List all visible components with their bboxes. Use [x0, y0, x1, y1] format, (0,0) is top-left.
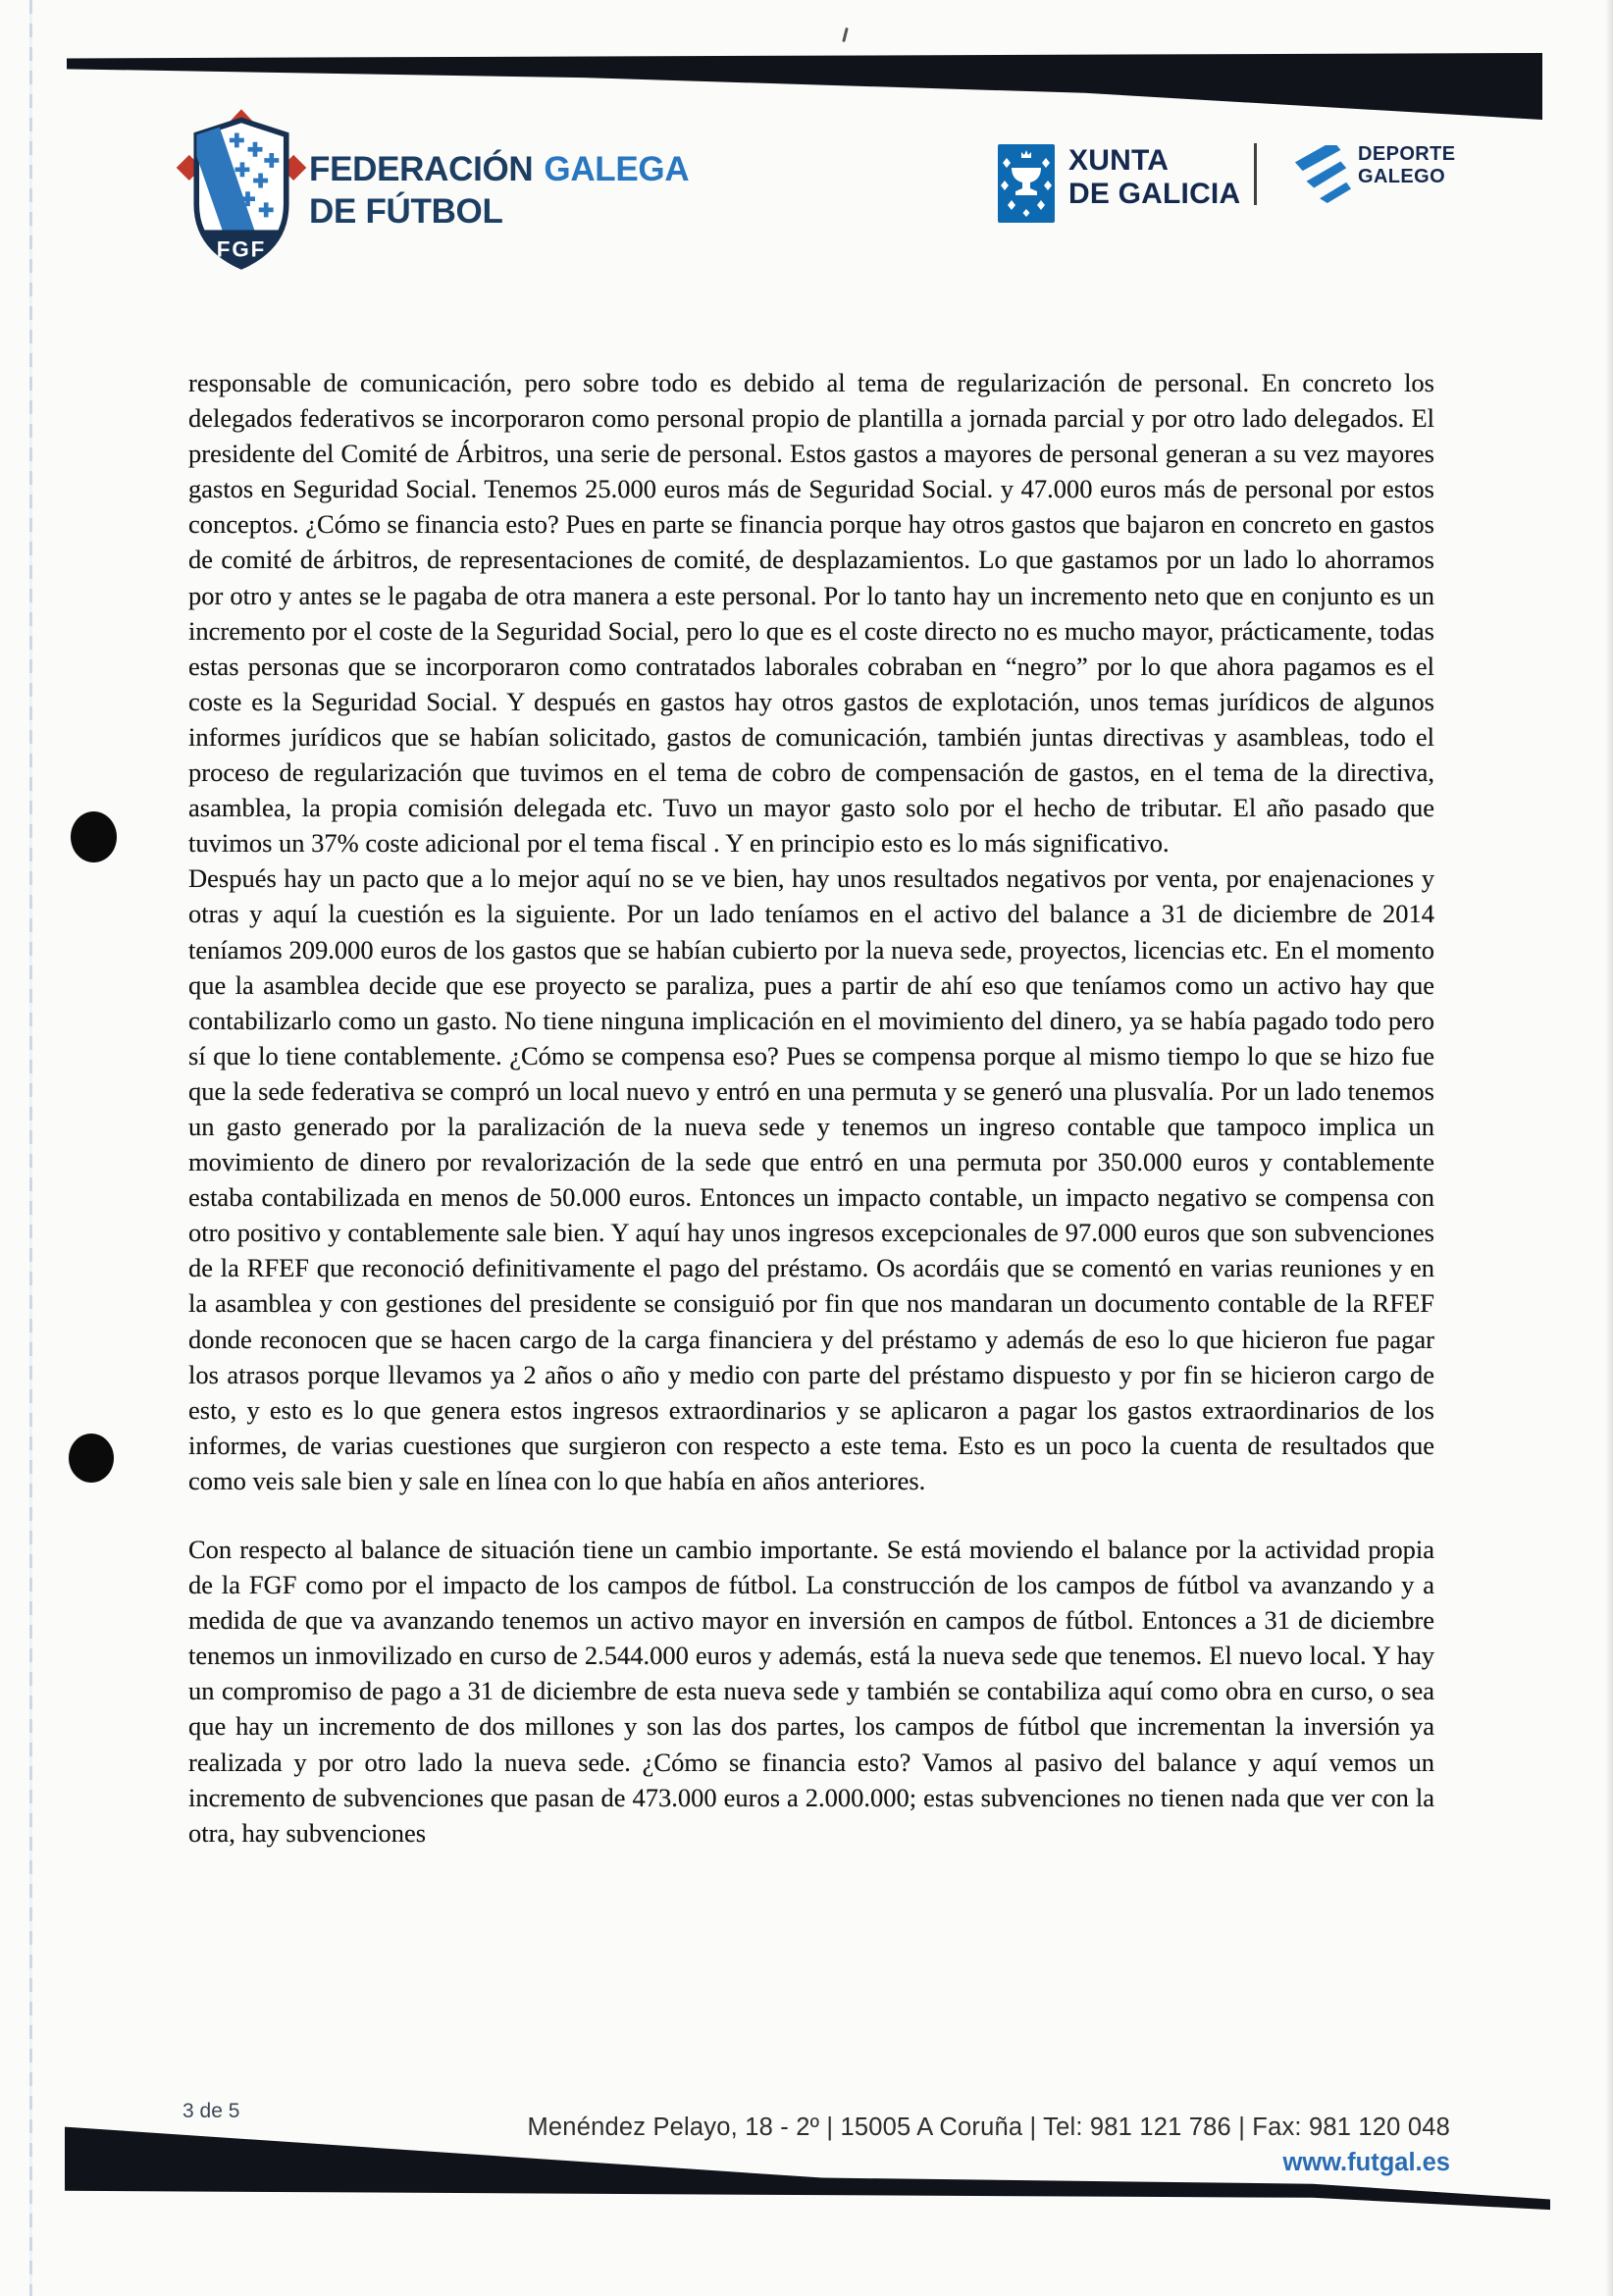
document-body: responsable de comunicación, pero sobre … [188, 365, 1434, 1851]
page-right-edge [1605, 0, 1613, 2296]
fgf-wordmark: FEDERACIÓNGALEGA DE FÚTBOL [309, 148, 689, 233]
scan-speck [842, 27, 849, 42]
xunta-line2: DE GALICIA [1068, 178, 1240, 211]
fgf-name-line2: DE FÚTBOL [309, 190, 689, 233]
deporte-line1: DEPORTE [1358, 143, 1455, 166]
header-separator [1254, 143, 1257, 205]
footer-address: Menéndez Pelayo, 18 - 2º | 15005 A Coruñ… [527, 2113, 1450, 2142]
xunta-line1: XUNTA [1068, 144, 1240, 178]
hole-punch-dot [71, 811, 117, 862]
deporte-line2: GALEGO [1358, 166, 1455, 188]
fgf-shield-abbr: FGF [217, 236, 266, 261]
page-number: 3 de 5 [182, 2100, 239, 2123]
footer-website: www.futgal.es [1283, 2149, 1451, 2177]
hole-punch-dot [69, 1434, 114, 1483]
fgf-name-dark: FEDERACIÓN [309, 150, 533, 188]
paragraph-2: Después hay un pacto que a lo mejor aquí… [188, 861, 1434, 1498]
deporte-galego-wordmark: DEPORTE GALEGO [1358, 143, 1455, 188]
page-left-edge [29, 0, 32, 2296]
deporte-galego-logo [1293, 142, 1352, 207]
fgf-shield-logo: FGF [173, 102, 310, 287]
paragraph-3: Con respecto al balance de situación tie… [188, 1532, 1434, 1851]
xunta-de-galicia-logo [998, 144, 1055, 223]
xunta-wordmark: XUNTA DE GALICIA [1068, 144, 1240, 211]
fgf-name-accent: GALEGA [544, 150, 689, 188]
scanned-document-page: FGF FEDERACIÓNGALEGA DE FÚTBOL XUNTA DE … [0, 0, 1613, 2296]
paragraph-1: responsable de comunicación, pero sobre … [188, 365, 1434, 861]
